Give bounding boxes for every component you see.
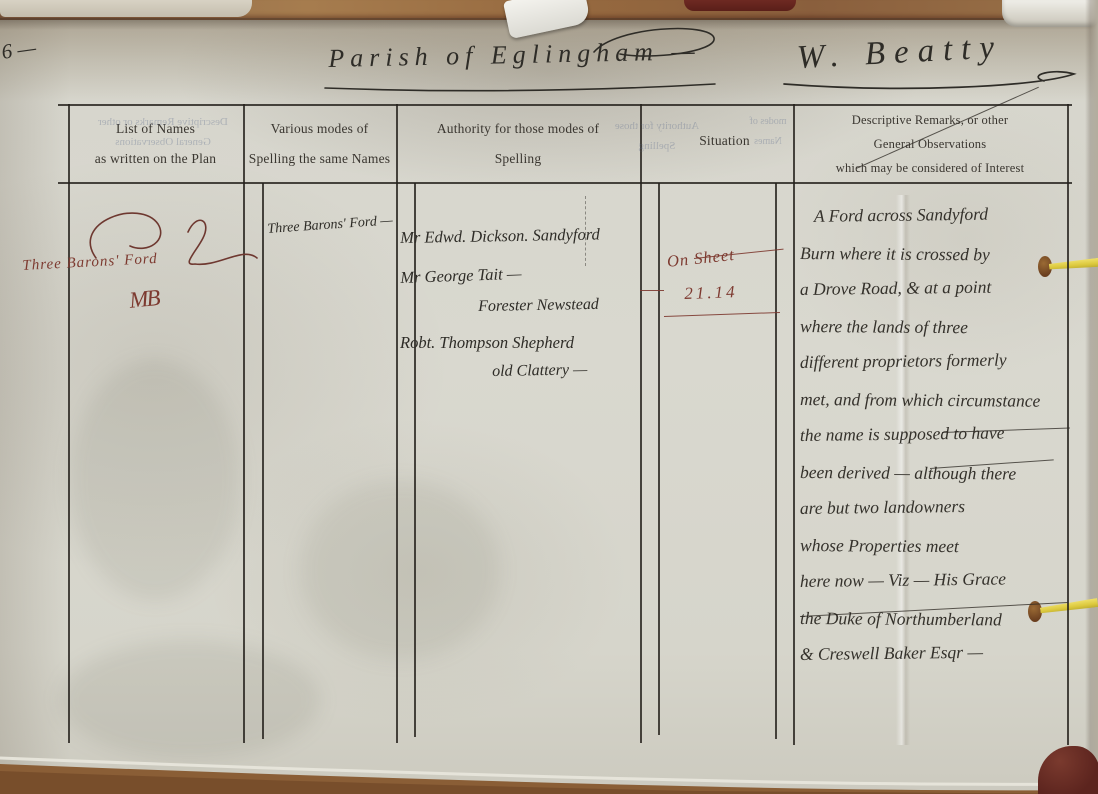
table-vline xyxy=(262,183,264,739)
authority-line: Mr Edwd. Dickson. Sandyford xyxy=(400,225,600,248)
paper-stain xyxy=(60,640,320,760)
bleed-through-text: Authority for those Spelling xyxy=(586,116,728,156)
authority-line: Mr George Tait — xyxy=(400,264,522,288)
name-monogram: MB xyxy=(128,285,160,314)
page-bottom-edge xyxy=(0,744,1098,794)
remarks-line: where the lands of three xyxy=(800,316,1072,354)
torn-paper-edge-left xyxy=(0,0,252,17)
table-hline-top xyxy=(58,104,1072,106)
paper-stain xyxy=(300,480,500,660)
table-vline xyxy=(775,183,777,739)
column-header-line: which may be considered of Interest xyxy=(795,156,1065,180)
column-header-spelling-modes: Various modes of Spelling the same Names xyxy=(243,114,396,174)
remarks-line: the name is supposed to have xyxy=(800,422,1072,462)
book-cover-sliver xyxy=(684,0,796,11)
bleed-through-line: General Observations xyxy=(78,132,248,152)
parish-underline-flourish xyxy=(320,80,720,96)
pen-stroke xyxy=(640,290,664,291)
page-number: 6 — xyxy=(0,35,38,65)
remarks-line: A Ford across Sandyford xyxy=(800,203,1072,243)
column-header-line: General Observations xyxy=(795,132,1065,156)
table-vline xyxy=(658,183,660,735)
bleed-through-text: modes of Names xyxy=(738,112,798,152)
table-vline xyxy=(1067,104,1069,183)
bleed-through-line: modes of xyxy=(738,112,798,132)
page-stack-edge-right xyxy=(1085,0,1098,794)
heading-loop-flourish xyxy=(588,24,724,62)
remarks-line: Burn where it is crossed by xyxy=(800,243,1072,281)
table-vline xyxy=(793,183,795,745)
table-vline xyxy=(396,183,398,743)
signature-underline-flourish xyxy=(782,66,1084,94)
left-margin-shading xyxy=(0,0,70,794)
bleed-through-line: Spelling xyxy=(586,136,728,156)
table-hline-header-bottom xyxy=(58,182,1072,184)
remarks-line: met, and from which circumstance xyxy=(800,389,1072,427)
bleed-through-line: Descriptive Remarks or other xyxy=(78,112,248,132)
authority-line: Forester Newstead xyxy=(478,296,599,316)
torn-paper-edge-right xyxy=(1002,0,1098,27)
paper-stain xyxy=(70,360,240,600)
remarks-line: a Drove Road, & at a point xyxy=(800,276,1072,316)
situation-sheet-number: 21.14 xyxy=(684,282,738,304)
remarks-line: are but two landowners xyxy=(800,495,1072,535)
table-vline xyxy=(396,104,398,183)
column-header-line: Various modes of xyxy=(243,114,396,144)
bleed-through-line: Authority for those xyxy=(586,116,728,136)
column-header-line: Spelling the same Names xyxy=(243,144,396,174)
column-header-remarks: Descriptive Remarks, or other General Ob… xyxy=(795,108,1065,180)
table-vline xyxy=(640,183,642,743)
authority-line: old Clattery — xyxy=(492,361,587,381)
bleed-through-text: Descriptive Remarks or other General Obs… xyxy=(78,112,248,152)
remarks-line: whose Properties meet xyxy=(800,535,1072,573)
scanned-name-book-page: 6 — Parish of Eglingham — W. Beatty List… xyxy=(0,0,1098,794)
remarks-line: & Creswell Baker Esqr — xyxy=(800,641,1072,681)
remarks-line: here now — Viz — His Grace xyxy=(800,568,1072,608)
remarks-line: different proprietors formerly xyxy=(800,349,1072,389)
authority-line: Robt. Thompson Shepherd xyxy=(400,333,574,353)
bleed-through-line: Names xyxy=(738,132,798,152)
table-vline xyxy=(414,183,416,737)
column-header-line: Descriptive Remarks, or other xyxy=(795,108,1065,132)
